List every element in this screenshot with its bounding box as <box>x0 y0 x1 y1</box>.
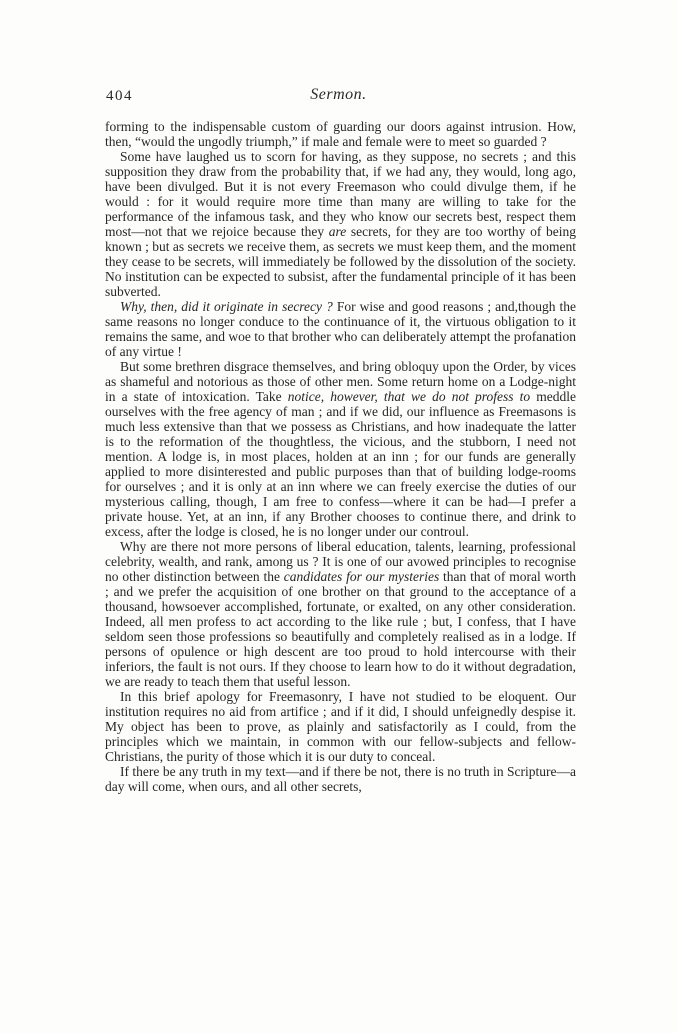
paragraph: In this brief apology for Freemasonry, I… <box>105 689 576 764</box>
text-segment: In this brief apology for Freemasonry, I… <box>105 689 576 764</box>
book-page: 404 Sermon. forming to the indispensable… <box>0 0 677 1033</box>
paragraph: Why, then, did it originate in secrecy ?… <box>105 299 576 359</box>
text-segment: If there be any truth in my text—and if … <box>105 764 576 794</box>
italic-text-segment: notice, however, that we do not profess … <box>288 389 530 404</box>
paragraph: But some brethren disgrace themselves, a… <box>105 359 576 539</box>
paragraph: Some have laughed us to scorn for having… <box>105 149 576 299</box>
italic-text-segment: Why, then, did it originate in secrecy ? <box>120 299 333 314</box>
italic-text-segment: candidates for our mysteries <box>284 569 439 584</box>
text-segment: meddle ourselves with the free agency of… <box>105 389 576 539</box>
page-body: forming to the indispensable custom of g… <box>105 119 576 794</box>
text-segment: than that of moral worth ; and we prefer… <box>105 569 576 689</box>
paragraph: If there be any truth in my text—and if … <box>105 764 576 794</box>
paragraph: Why are there not more persons of libera… <box>105 539 576 689</box>
running-head-title: Sermon. <box>0 86 677 104</box>
text-segment: forming to the indispensable custom of g… <box>105 119 576 149</box>
italic-text-segment: are <box>329 224 347 239</box>
paragraph: forming to the indispensable custom of g… <box>105 119 576 149</box>
